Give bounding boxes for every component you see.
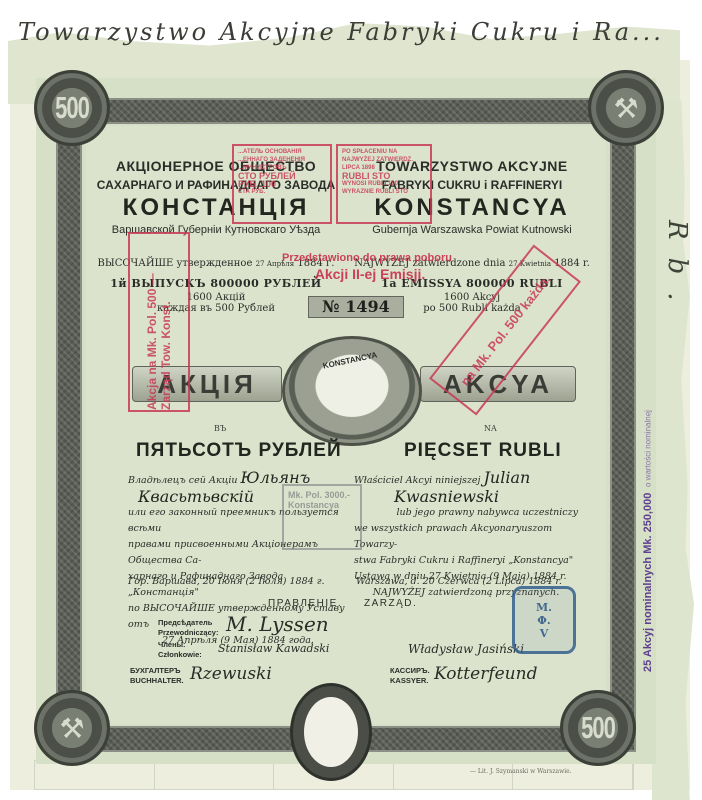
denomination-numeral: 500 [55, 90, 89, 126]
ru-place-date: Гор. Варшава, 20 Іюня (2 Іюля) 1884 г. [128, 576, 325, 587]
accountant-label: БУХГАЛТЕРЪ BUCHHALTER. [130, 666, 184, 686]
red-box-stamp-left: ...АТЕЛЬ ОСНОВАНІЯ ...ЕННАГО ЗАДЕНЕНІЯ .… [232, 144, 332, 224]
red-overprint-line2: Akcji II-ej Emisji. [300, 266, 440, 282]
member-signature-pl: Władysław Jasiński [408, 642, 524, 656]
certificate-number: № 1494 [308, 296, 404, 318]
member-signature-ru: Stanisław Kawadski [218, 642, 329, 655]
ru-denomination-words: ПЯТЬСОТЪ РУБЛЕЙ [136, 440, 342, 462]
corner-medallion-bottom-right: 500 [560, 690, 636, 766]
red-vertical-stamp-left: Akcja na Mk. Pol. 500 — Zarząd Tow. Kons… [128, 232, 190, 412]
ru-on-label: ВЪ [214, 424, 226, 433]
crossed-hammers-emblem-icon: ⚒ [59, 712, 84, 745]
crossed-hammers-emblem-icon: ⚒ [613, 92, 638, 125]
accountant-signature: Rzewuski [190, 664, 272, 684]
pl-owner-surname: Kwasniewski [354, 489, 578, 505]
blue-seal-stamp: M. Φ. V [512, 586, 576, 654]
central-vignette-sower [282, 336, 422, 446]
denomination-numeral: 500 [581, 710, 615, 746]
cashier-label: КАССИРЪ. KASSYER. [390, 666, 430, 686]
corner-medallion-top-left: 500 [34, 70, 110, 146]
members-label: Члены: Członkowie: [158, 640, 202, 660]
printer-imprint: — Lit. J. Szymanski w Warszawie. [470, 768, 572, 775]
ru-board-label: ПРАВЛЕНІЕ. [268, 598, 342, 609]
purple-vertical-stamp: 25 Akcyj nominalnych Mk. 250,000 o warto… [628, 396, 668, 686]
pl-board-label: ZARZĄD. [364, 598, 417, 609]
bottom-center-oval-cartouche [290, 683, 372, 781]
chairman-label: Предсѣдатель Przewodniczący: [158, 618, 218, 638]
cashier-signature: Kotterfeund [434, 664, 537, 684]
corner-medallion-bottom-left: ⚒ [34, 690, 110, 766]
red-overprint-line1: Przedstawiono do prawa poboru [282, 252, 452, 264]
corner-medallion-top-right: ⚒ [588, 70, 664, 146]
stub-script-text: Towarzystwo Akcyjne Fabryki Cukru i Ra..… [18, 18, 668, 46]
chairman-signature: M. Lyssen [226, 612, 329, 636]
grey-box-stamp: Mk. Pol. 3000.- Konstancya [282, 484, 362, 550]
pl-location: Gubernja Warszawska Powiat Kutnowski [352, 224, 592, 236]
red-box-stamp-right: PO SPŁACENIU NA NAJWYŻEJ ZATWIERDZ. LIPC… [336, 144, 432, 224]
pl-on-label: NA [484, 424, 497, 433]
pl-denomination-words: PIĘCSET RUBLI [404, 440, 562, 462]
